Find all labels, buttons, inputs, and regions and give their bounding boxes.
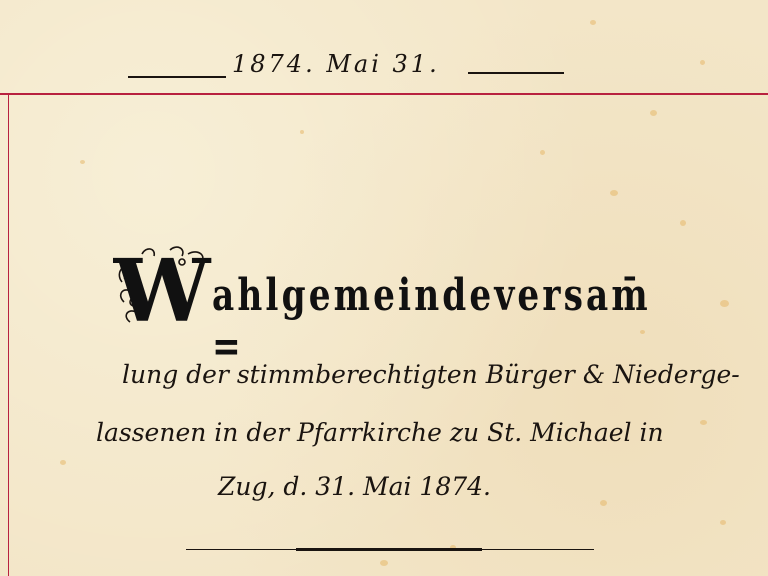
title-text: ahlgemeindeversam̄ = [212,270,651,372]
body-line-1: lung der stimmberechtigten Bürger & Nied… [122,360,740,389]
header-date-text: 1874. Mai 31. [232,50,440,78]
header-date: 1874. Mai 31. [0,26,768,66]
document-title: W ahlgemeindeversam̄ = [112,242,672,352]
red-margin-line [8,95,9,576]
body-line-2: lassenen in der Pfarrkirche zu St. Micha… [96,418,664,447]
body-line-3: Zug, d. 31. Mai 1874. [218,472,491,501]
header-rule-left [128,76,226,78]
title-initial: W [112,242,212,342]
header-rule-right [468,72,564,74]
red-ruling-line [0,93,768,95]
closing-rule-thick [296,548,482,551]
